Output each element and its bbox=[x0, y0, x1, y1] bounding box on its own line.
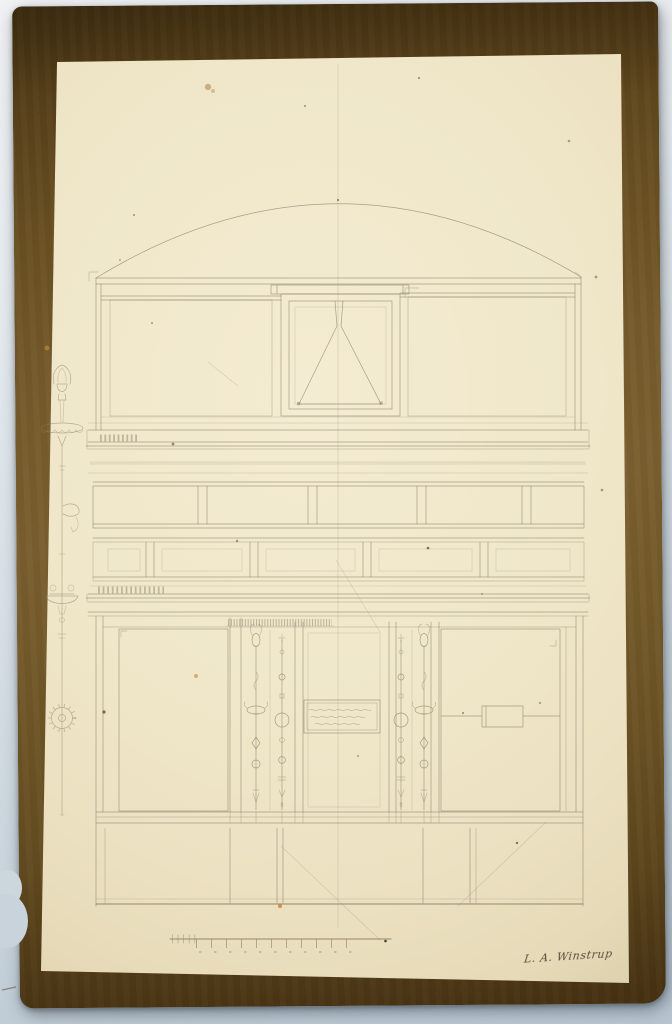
margin-candelabrum bbox=[41, 365, 83, 815]
lunette-arc bbox=[96, 199, 581, 278]
pencil-drawing bbox=[0, 0, 672, 1024]
mount-caption: Pompeji, bbox=[423, 982, 492, 1000]
central-niche bbox=[271, 285, 409, 416]
candelabra-pilasters bbox=[244, 624, 435, 810]
mount-pencil-mark bbox=[2, 987, 16, 990]
photograph-of-mounted-drawing: L. A. Winstrup Pompeji, bbox=[0, 0, 672, 1024]
dado-panels bbox=[96, 812, 583, 940]
upper-wall-panels bbox=[89, 272, 581, 430]
right-panel-cartouche bbox=[441, 706, 560, 727]
ornament-hatch-frieze bbox=[226, 623, 334, 627]
inscription-plaque bbox=[304, 700, 380, 733]
lower-wall-panels bbox=[96, 616, 583, 906]
coffer-frieze bbox=[93, 538, 584, 632]
foxing-spots bbox=[45, 77, 604, 908]
niche-funnel bbox=[297, 301, 383, 405]
triglyph-frieze bbox=[93, 482, 584, 528]
scale-bar bbox=[170, 939, 391, 952]
